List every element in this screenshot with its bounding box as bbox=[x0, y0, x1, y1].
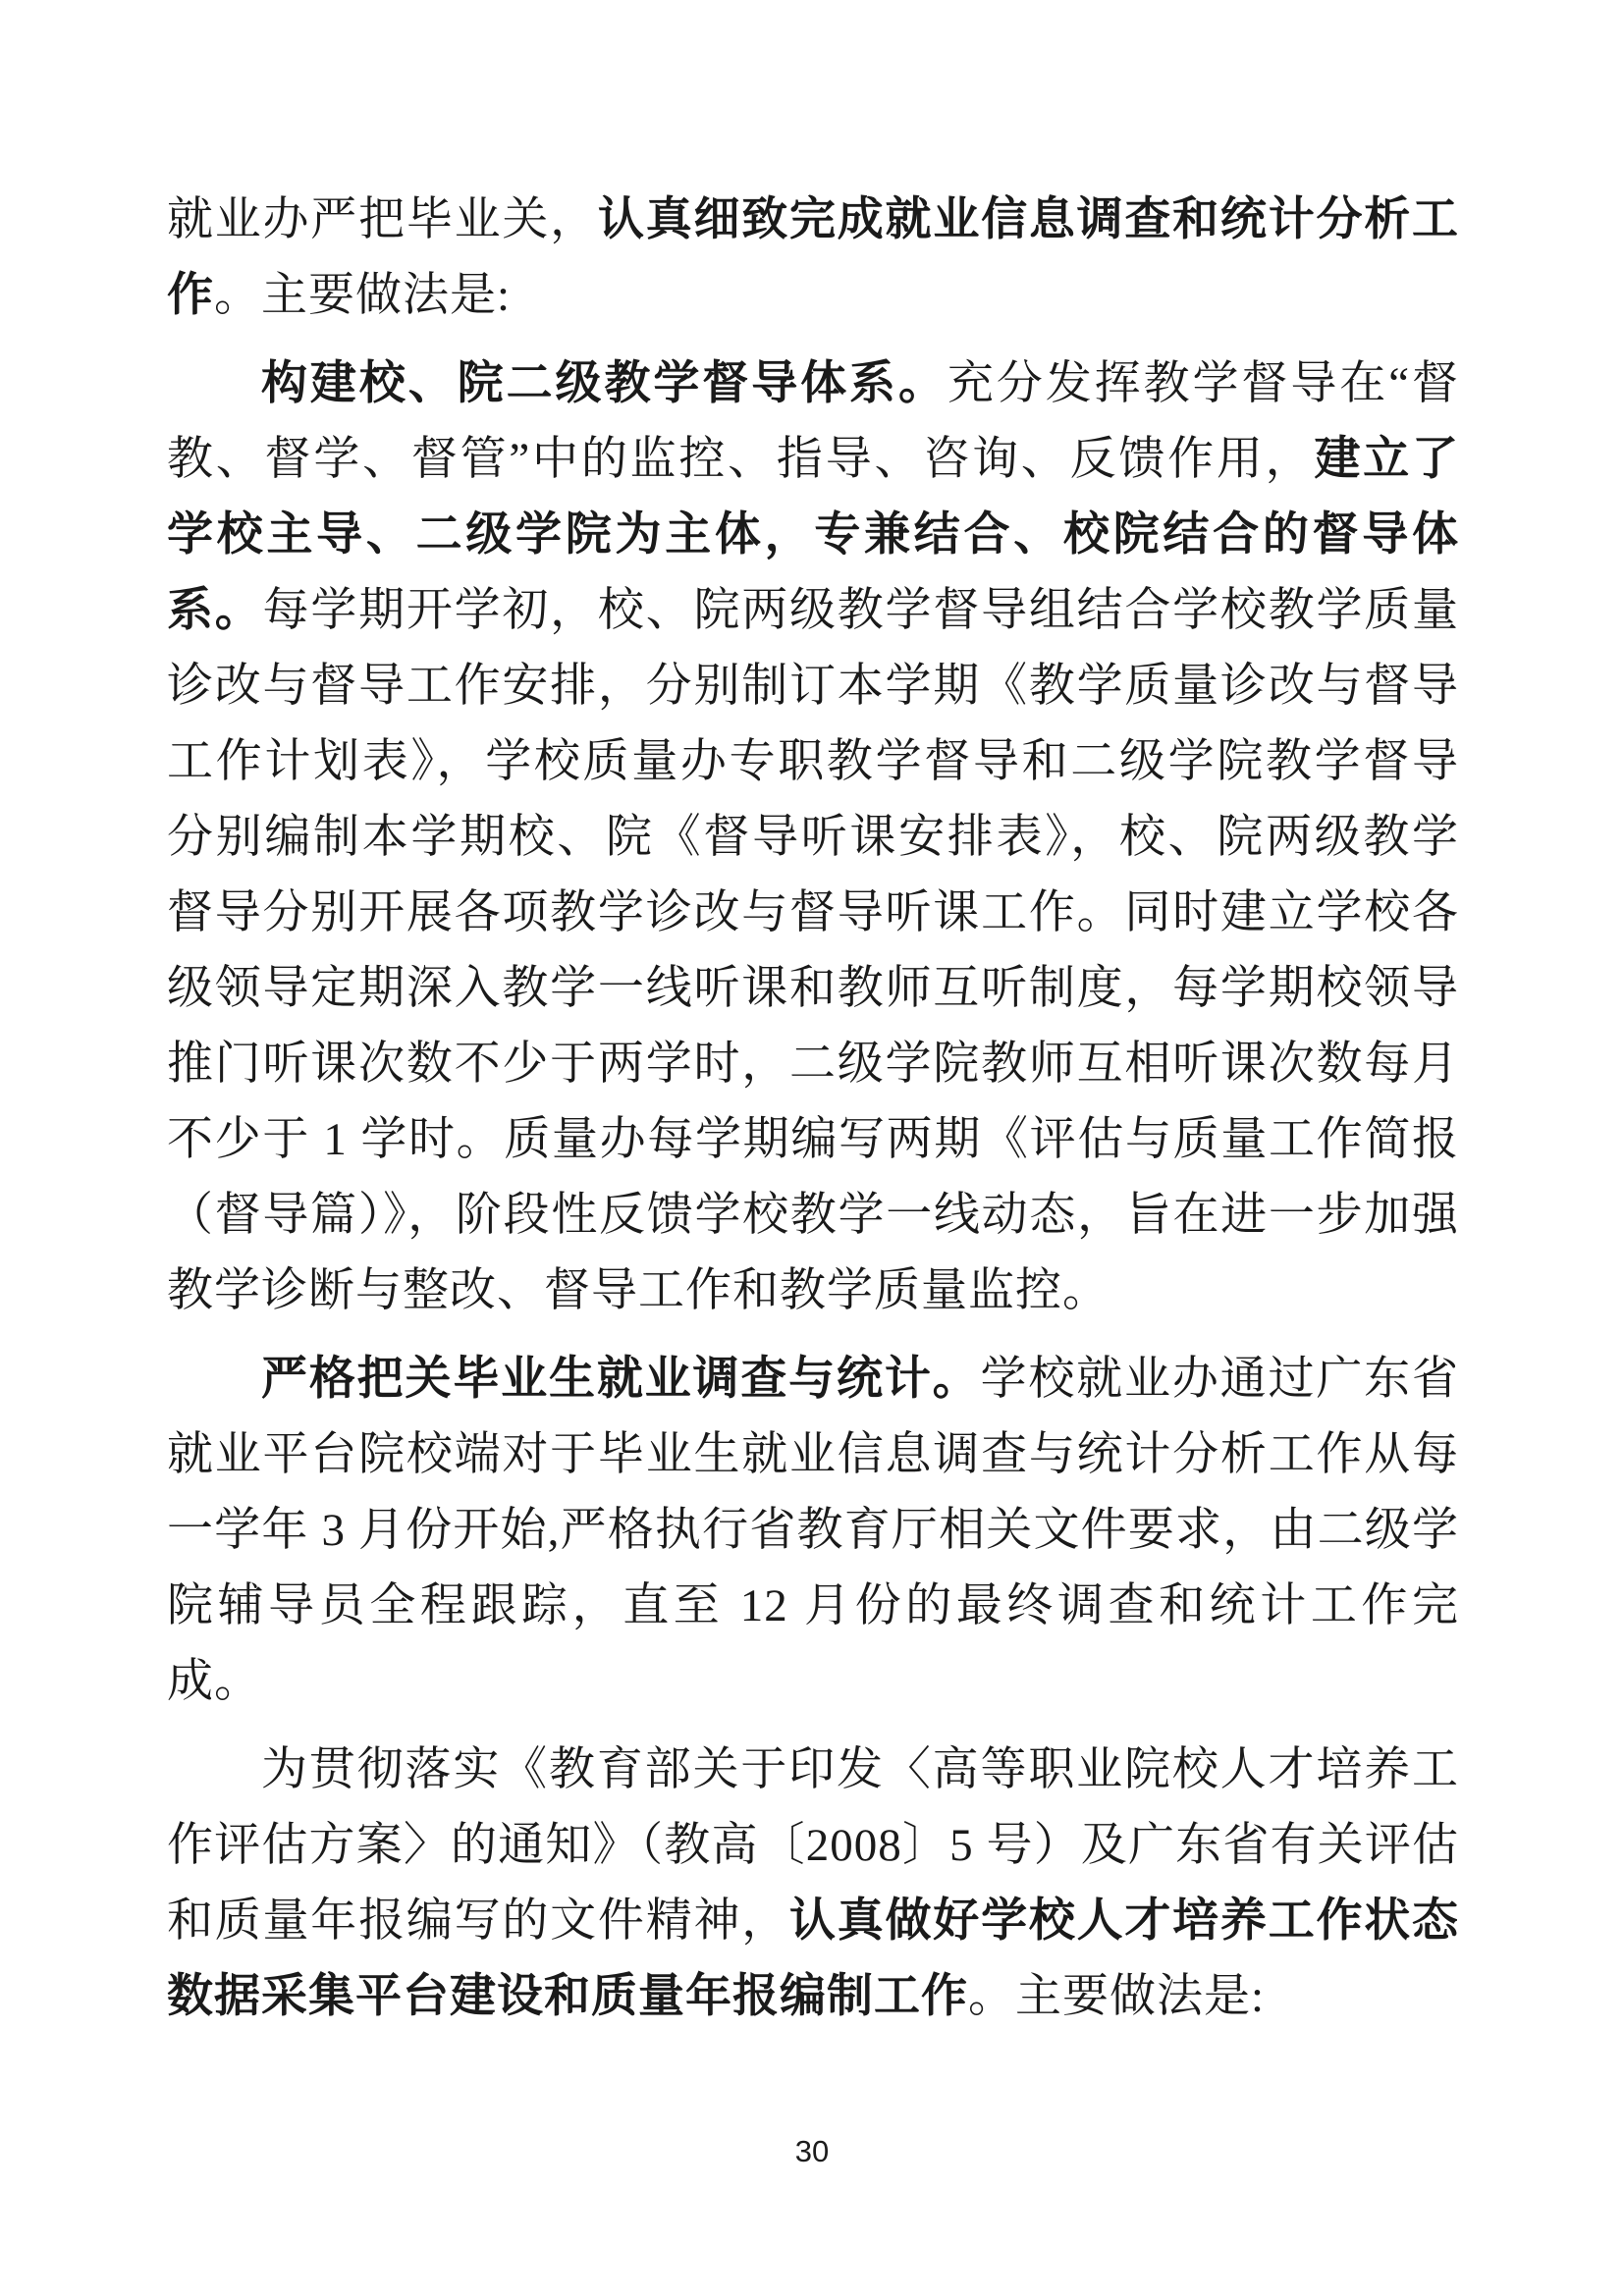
text-run-bold: 严格把关毕业生就业调查与统计。 bbox=[261, 1354, 981, 1405]
paragraph: 构建校、院二级教学督导体系。充分发挥教学督导在“督教、督学、督管”中的监控、指导… bbox=[167, 347, 1459, 1329]
paragraph: 为贯彻落实《教育部关于印发〈高等职业院校人才培养工作评估方案〉的通知》（教高〔2… bbox=[167, 1733, 1459, 2035]
text-run: 每学期开学初，校、院两级教学督导组结合学校教学质量诊改与督导工作安排，分别制订本… bbox=[167, 585, 1459, 1316]
page-number: 30 bbox=[795, 2134, 829, 2168]
text-run: 就业办严把毕业关， bbox=[167, 194, 598, 245]
paragraph: 严格把关毕业生就业调查与统计。学校就业办通过广东省就业平台院校端对于毕业生就业信… bbox=[167, 1342, 1459, 1720]
document-page: 就业办严把毕业关，认真细致完成就业信息调查和统计分析工作。主要做法是: 构建校、… bbox=[0, 0, 1624, 2296]
page-body-text: 就业办严把毕业关，认真细致完成就业信息调查和统计分析工作。主要做法是: 构建校、… bbox=[167, 183, 1459, 2048]
text-run: 。主要做法是: bbox=[214, 270, 511, 321]
text-run-bold: 构建校、院二级教学督导体系。 bbox=[261, 358, 947, 409]
footer-page-number: 30 bbox=[0, 2132, 1624, 2171]
paragraph: 就业办严把毕业关，认真细致完成就业信息调查和统计分析工作。主要做法是: bbox=[167, 183, 1459, 334]
text-run: 学校就业办通过广东省就业平台院校端对于毕业生就业信息调查与统计分析工作从每一学年… bbox=[167, 1354, 1459, 1707]
text-run: 。主要做法是: bbox=[968, 1971, 1265, 2022]
